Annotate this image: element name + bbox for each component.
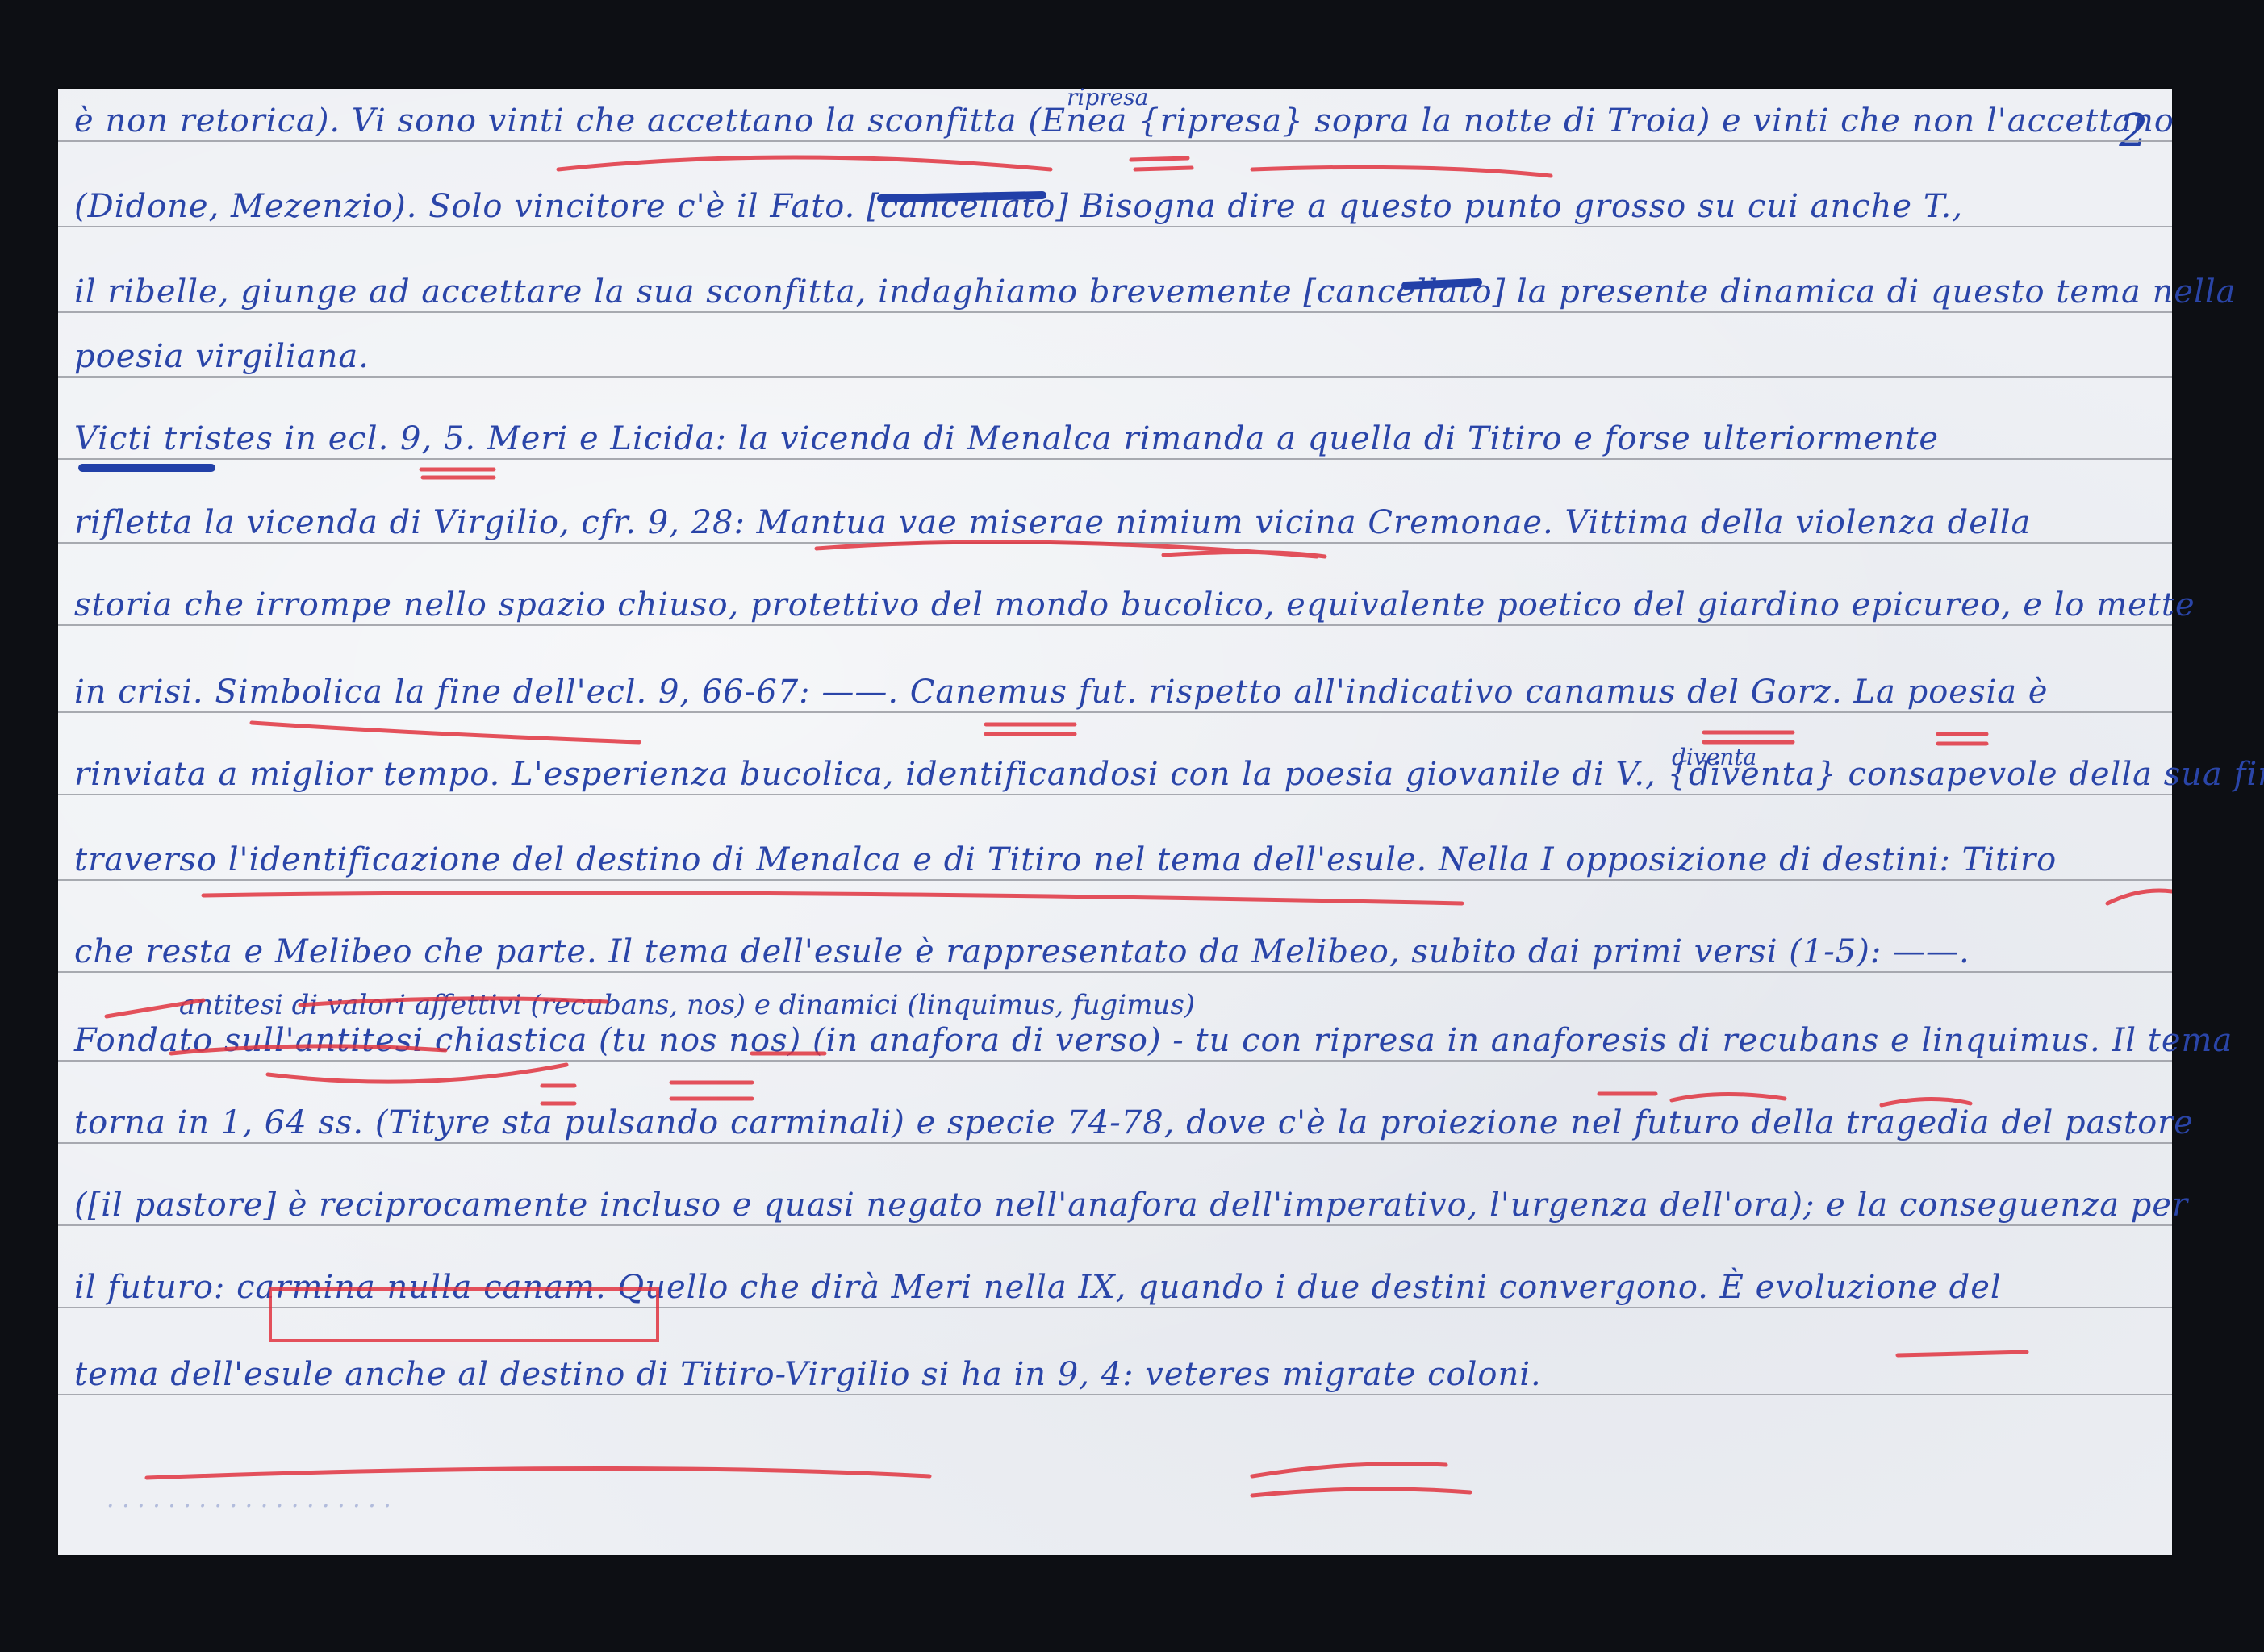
manuscript-line: che resta e Melibeo che parte. Il tema d… — [74, 936, 2140, 968]
ruled-line — [58, 226, 2172, 227]
manuscript-line: in crisi. Simbolica la fine dell'ecl. 9,… — [74, 676, 2140, 708]
manuscript-line: Fondato sull'antitesi chiastica (tu nos … — [74, 1024, 2140, 1057]
ruled-line — [58, 140, 2172, 142]
interlinear-insertion: antitesi di valori affettivi (recubans, … — [179, 989, 1195, 1021]
ruled-line — [58, 376, 2172, 378]
manuscript-line: rifletta la vicenda di Virgilio, cfr. 9,… — [74, 507, 2140, 539]
ruled-line — [58, 1142, 2172, 1144]
ruled-line — [58, 1224, 2172, 1226]
manuscript-line: tema dell'esule anche al destino di Titi… — [74, 1358, 2140, 1391]
manuscript-line: il ribelle, giunge ad accettare la sua s… — [74, 276, 2140, 308]
ruled-line — [58, 794, 2172, 795]
ruled-line — [58, 1060, 2172, 1062]
manuscript-line: rinviata a miglior tempo. L'esperienza b… — [74, 758, 2140, 791]
ruled-line — [58, 458, 2172, 460]
ruled-line — [58, 879, 2172, 881]
manuscript-line: poesia virgiliana. — [74, 340, 2140, 373]
manuscript-line: traverso l'identificazione del destino d… — [74, 844, 2140, 876]
ruled-line — [58, 311, 2172, 313]
ruled-line — [58, 542, 2172, 544]
bleedthrough-text: · · · · · · · · · · · · · · · · · · · — [107, 1492, 391, 1521]
ruled-line — [58, 1307, 2172, 1308]
ruled-line — [58, 624, 2172, 626]
manuscript-line: ([il pastore] è reciprocamente incluso e… — [74, 1189, 2140, 1221]
manuscript-sheet: 2 ripresa diventa è non retorica). Vi so… — [58, 89, 2172, 1555]
manuscript-line: è non retorica). Vi sono vinti che accet… — [74, 105, 2140, 137]
manuscript-line: il futuro: carmina nulla canam. Quello c… — [74, 1271, 2140, 1304]
ruled-line — [58, 711, 2172, 713]
manuscript-line: (Didone, Mezenzio). Solo vincitore c'è i… — [74, 190, 2140, 223]
manuscript-line: Victi tristes in ecl. 9, 5. Meri e Licid… — [74, 423, 2140, 455]
manuscript-line: storia che irrompe nello spazio chiuso, … — [74, 589, 2140, 621]
manuscript-line: torna in 1, 64 ss. (Tityre sta pulsando … — [74, 1107, 2140, 1139]
ruled-line — [58, 971, 2172, 973]
ruled-line — [58, 1394, 2172, 1395]
